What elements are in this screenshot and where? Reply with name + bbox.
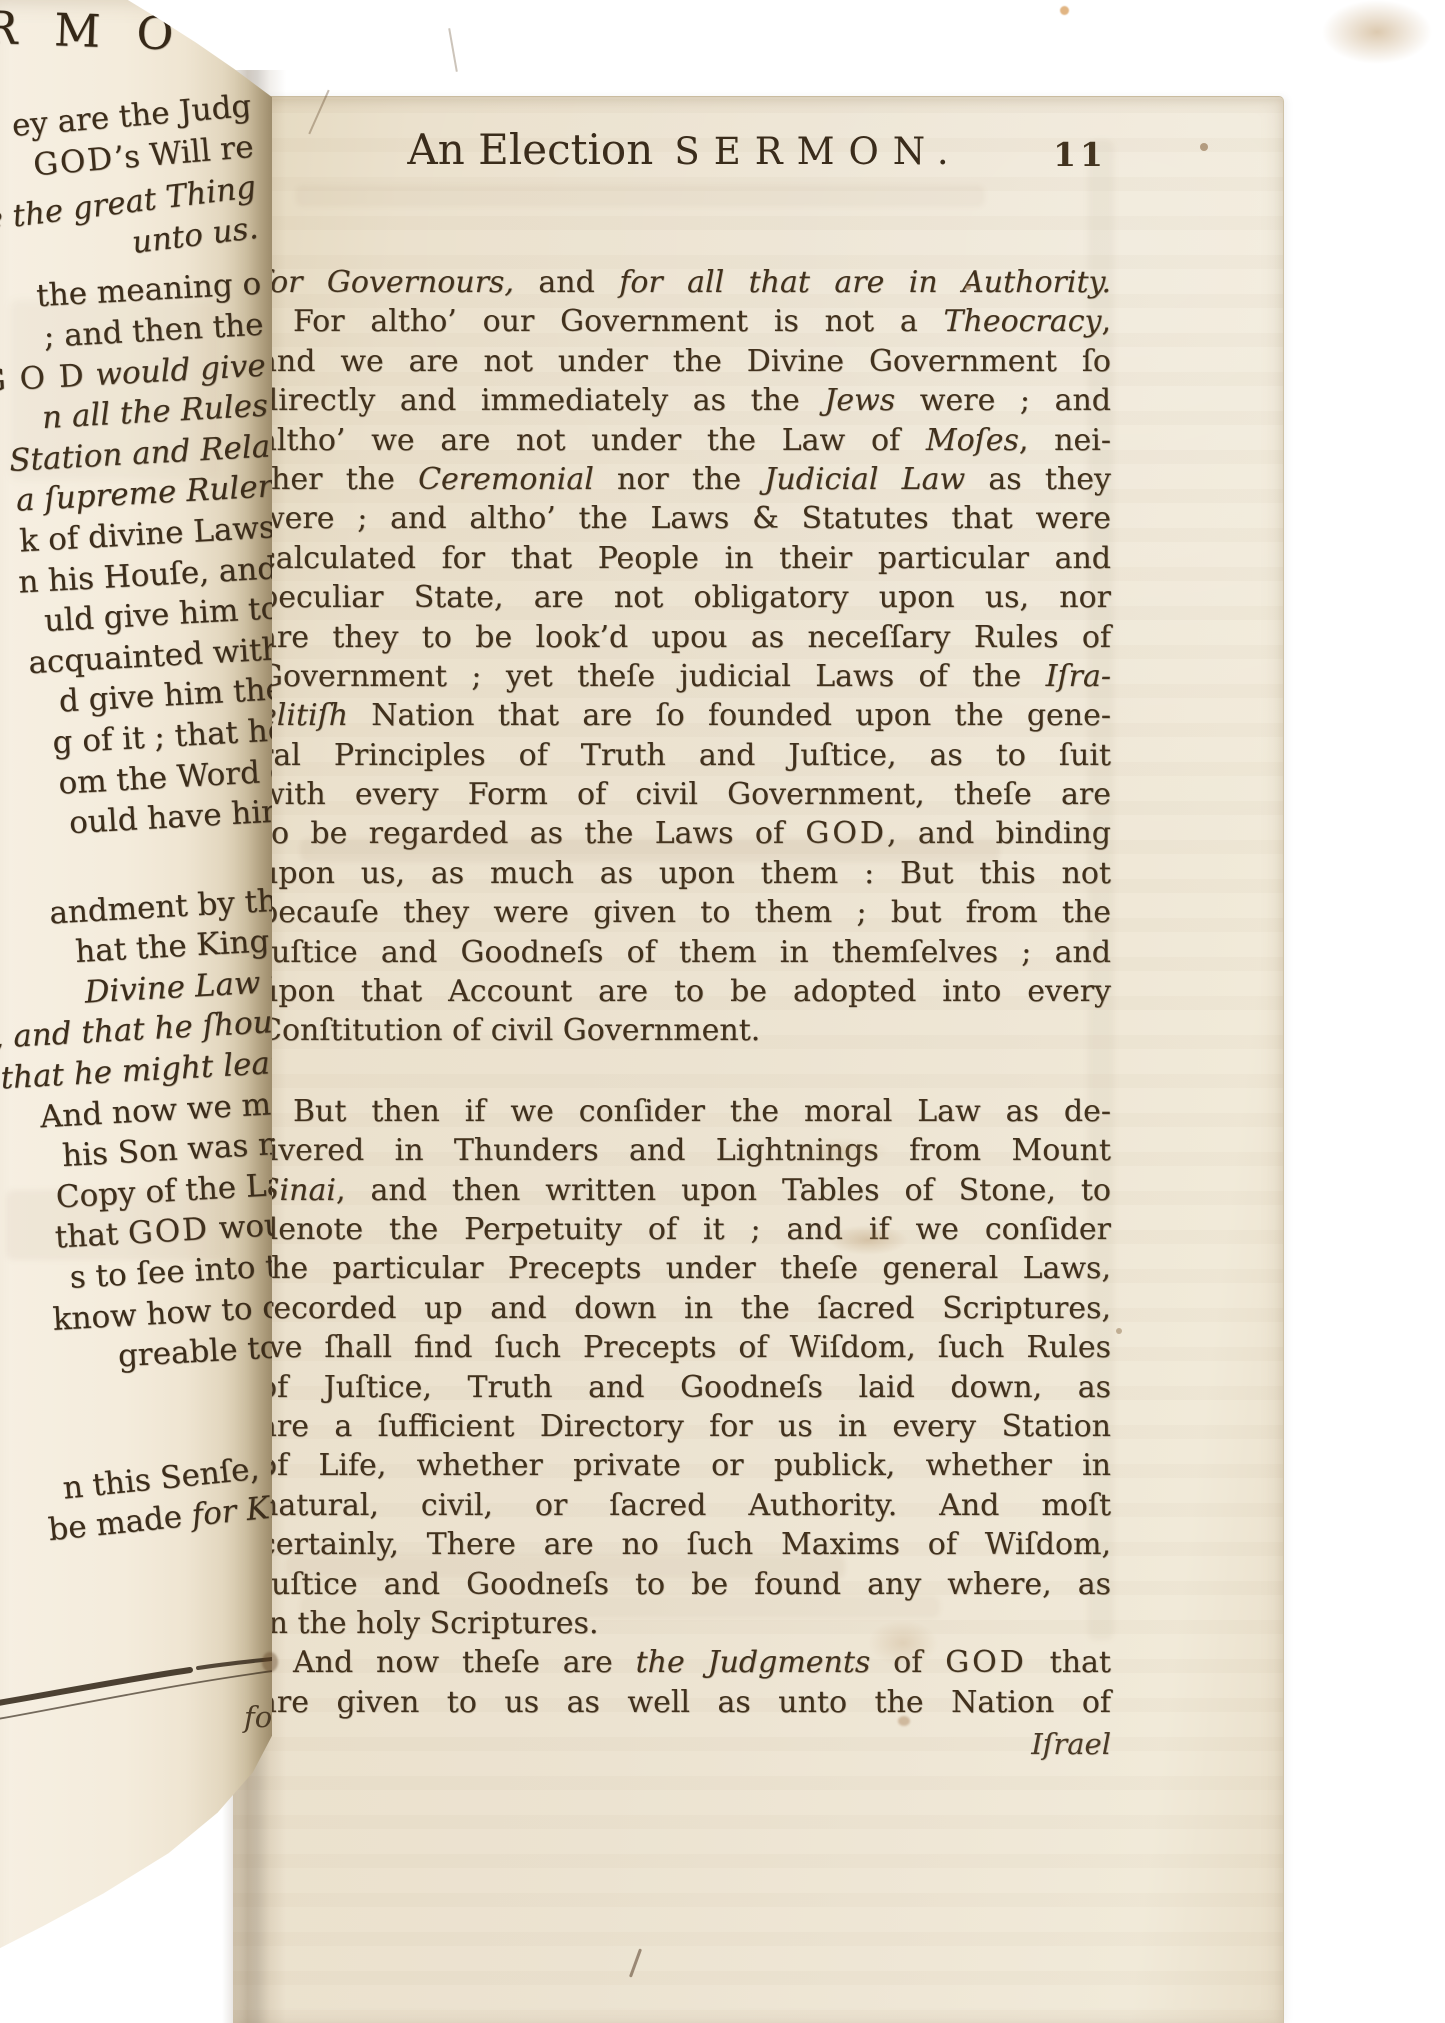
- text-segment: we ſhall find ſuch Precepts of Wiſdom, ſ…: [259, 1330, 1111, 1365]
- text-segment: denote the Perpetuity of it ; and if we …: [259, 1212, 1111, 1247]
- text-segment: peculiar State, are not obligatory upon …: [259, 580, 1111, 615]
- text-segment: livered in Thunders and Lightnings from …: [259, 1133, 1111, 1168]
- text-line: Sinai, and then written upon Tables of S…: [259, 1171, 1111, 1210]
- text-segment: , and binding: [887, 816, 1111, 851]
- text-line: for Governours, and for all that are in …: [259, 263, 1111, 302]
- text-segment: ther the: [259, 462, 418, 497]
- right-page-header: An Election SERMON. 11: [259, 121, 1111, 207]
- text-line: the particular Precepts under theſe gene…: [259, 1249, 1111, 1288]
- text-segment: recorded up and down in the ſacred Scrip…: [259, 1291, 1111, 1326]
- italic-text: Ceremonial: [418, 462, 594, 497]
- italic-text: for Governours,: [259, 265, 514, 300]
- text-line: are a ſufficient Directory for us in eve…: [259, 1407, 1111, 1446]
- text-segment: nor the: [594, 462, 765, 497]
- text-segment: But then if we conſider the moral Law as…: [293, 1094, 1111, 1129]
- catchword-israel: Iſrael: [1031, 1727, 1111, 1761]
- right-page-body: for Governours, and for all that are in …: [259, 263, 1111, 1722]
- text-segment: are a ſufficient Directory for us in eve…: [259, 1409, 1111, 1444]
- text-segment: and: [514, 265, 619, 300]
- text-segment: that: [54, 1216, 129, 1256]
- text-line: ral Principles of Truth and Juſtice, as …: [259, 736, 1111, 775]
- left-page: R M O N. ey are the JudgGOD’s Will rere …: [0, 0, 272, 2023]
- text-line: upon that Account are to be adopted into…: [259, 972, 1111, 1011]
- text-line: becauſe they were given to them ; but fr…: [259, 893, 1111, 932]
- text-segment: ral Principles of Truth and Juſtice, as …: [259, 738, 1111, 773]
- italic-text: for all that are in Authority.: [619, 265, 1111, 300]
- text-segment: in the holy Scriptures.: [259, 1606, 598, 1641]
- text-line: elitiſh Nation that are ſo founded upon …: [259, 696, 1111, 735]
- text-line: But then if we conſider the moral Law as…: [259, 1092, 1111, 1131]
- text-line: of Life, whether private or publick, whe…: [259, 1446, 1111, 1485]
- text-segment: upon that Account are to be adopted into…: [259, 974, 1111, 1009]
- text-segment: the particular Precepts under theſe gene…: [259, 1251, 1111, 1286]
- text-line: are given to us as well as unto the Nati…: [259, 1683, 1111, 1722]
- text-line: with every Form of civil Government, the…: [259, 775, 1111, 814]
- text-line: natural, civil, or ſacred Authority. And…: [259, 1486, 1111, 1525]
- text-line: in the holy Scriptures.: [259, 1604, 1111, 1643]
- paper-stain: [1060, 6, 1069, 15]
- text-line: were ; and altho’ the Laws & Statutes th…: [259, 499, 1111, 538]
- text-segment: of: [870, 1645, 945, 1680]
- book-photo: An Election SERMON. 11 for Governours, a…: [0, 0, 1445, 2023]
- caps-text: GOD: [805, 816, 887, 851]
- text-segment: of Juſtice, Truth and Goodneſs laid down…: [259, 1370, 1111, 1405]
- text-segment: natural, civil, or ſacred Authority. And…: [259, 1488, 1111, 1523]
- italic-text: Judicial Law: [764, 462, 965, 497]
- text-line: to be regarded as the Laws of GOD, and b…: [259, 814, 1111, 853]
- caps-text: GOD: [945, 1645, 1027, 1680]
- paper-stain: [1322, 0, 1432, 64]
- italic-text: Jews: [824, 383, 895, 418]
- text-line: calculated for that People in their part…: [259, 539, 1111, 578]
- catchword-fo: fo: [244, 1700, 272, 1734]
- paper-crack-mark: [448, 28, 458, 72]
- right-page: An Election SERMON. 11 for Governours, a…: [233, 96, 1284, 2023]
- text-segment: are given to us as well as unto the Nati…: [259, 1685, 1111, 1720]
- text-line: and we are not under the Divine Governme…: [259, 342, 1111, 381]
- text-line: upon us, as much as upon them : But this…: [259, 854, 1111, 893]
- italic-text: Moſes: [926, 423, 1019, 458]
- text-line: we ſhall find ſuch Precepts of Wiſdom, ſ…: [259, 1328, 1111, 1367]
- title-caps: SERMON.: [674, 130, 962, 173]
- text-segment: Conſtitution of civil Government.: [259, 1013, 760, 1048]
- text-segment: becauſe they were given to them ; but fr…: [259, 895, 1111, 930]
- caps-text: G O D: [0, 357, 87, 399]
- text-segment: of Life, whether private or publick, whe…: [259, 1448, 1111, 1483]
- text-line: directly and immediately as the Jews wer…: [259, 381, 1111, 420]
- text-segment: were ; and: [895, 383, 1111, 418]
- text-segment: And now theſe are: [293, 1645, 636, 1680]
- italic-text: Iſra-: [1046, 659, 1111, 694]
- text-segment: directly and immediately as the: [259, 383, 824, 418]
- text-segment: Juſtice and Goodneſs to be found any whe…: [259, 1567, 1111, 1602]
- text-line: Government ; yet theſe judicial Laws of …: [259, 657, 1111, 696]
- left-header-fragment: R M O N.: [0, 1, 283, 64]
- italic-text: Theocracy: [944, 304, 1102, 339]
- text-segment: Nation that are ſo founded upon the gene…: [348, 698, 1111, 733]
- text-segment: upon us, as much as upon them : But this…: [259, 856, 1111, 891]
- text-line: Conſtitution of civil Government.: [259, 1011, 1111, 1050]
- text-segment: and we are not under the Divine Governme…: [259, 344, 1111, 379]
- text-segment: Government ; yet theſe judicial Laws of …: [259, 659, 1046, 694]
- text-line: denote the Perpetuity of it ; and if we …: [259, 1210, 1111, 1249]
- text-segment: For altho’ our Government is not a: [293, 304, 944, 339]
- text-line: altho’ we are not under the Law of Moſes…: [259, 421, 1111, 460]
- text-line: ther the Ceremonial nor the Judicial Law…: [259, 460, 1111, 499]
- text-segment: to be regarded as the Laws of: [259, 816, 805, 851]
- text-segment: were ; and altho’ the Laws & Statutes th…: [259, 501, 1111, 536]
- page-title: An Election SERMON.: [259, 125, 1111, 174]
- text-line: Juſtice and Goodneſs of them in themſelv…: [259, 933, 1111, 972]
- text-segment: ,: [1101, 304, 1111, 339]
- text-line: are they to be look’d upou as neceſſary …: [259, 618, 1111, 657]
- text-segment: certainly, There are no ſuch Maxims of W…: [259, 1527, 1111, 1562]
- text-segment: , and then written upon Tables of Stone,…: [336, 1173, 1111, 1208]
- text-line: peculiar State, are not obligatory upon …: [259, 578, 1111, 617]
- text-segment: are they to be look’d upou as neceſſary …: [259, 620, 1111, 655]
- text-segment: Juſtice and Goodneſs of them in themſelv…: [259, 935, 1111, 970]
- italic-text: the Judgments: [636, 1645, 871, 1680]
- page-number: 11: [1053, 135, 1107, 174]
- text-line: certainly, There are no ſuch Maxims of W…: [259, 1525, 1111, 1564]
- text-line: livered in Thunders and Lightnings from …: [259, 1131, 1111, 1170]
- text-segment: altho’ we are not under the Law of: [259, 423, 926, 458]
- title-prefix: An Election: [407, 125, 653, 174]
- text-segment: as they: [965, 462, 1111, 497]
- text-line: Juſtice and Goodneſs to be found any whe…: [259, 1565, 1111, 1604]
- text-line: For altho’ our Government is not a Theoc…: [259, 302, 1111, 341]
- text-segment: that: [1027, 1645, 1111, 1680]
- text-line: And now theſe are the Judgments of GOD t…: [259, 1643, 1111, 1682]
- text-line: recorded up and down in the ſacred Scrip…: [259, 1289, 1111, 1328]
- text-segment: calculated for that People in their part…: [259, 541, 1111, 576]
- text-line: of Juſtice, Truth and Goodneſs laid down…: [259, 1368, 1111, 1407]
- caps-text: GOD: [127, 1212, 210, 1252]
- text-segment: with every Form of civil Government, the…: [259, 777, 1111, 812]
- italic-text: elitiſh: [259, 698, 348, 733]
- caps-text: GOD: [32, 140, 116, 183]
- text-segment: , nei-: [1019, 423, 1111, 458]
